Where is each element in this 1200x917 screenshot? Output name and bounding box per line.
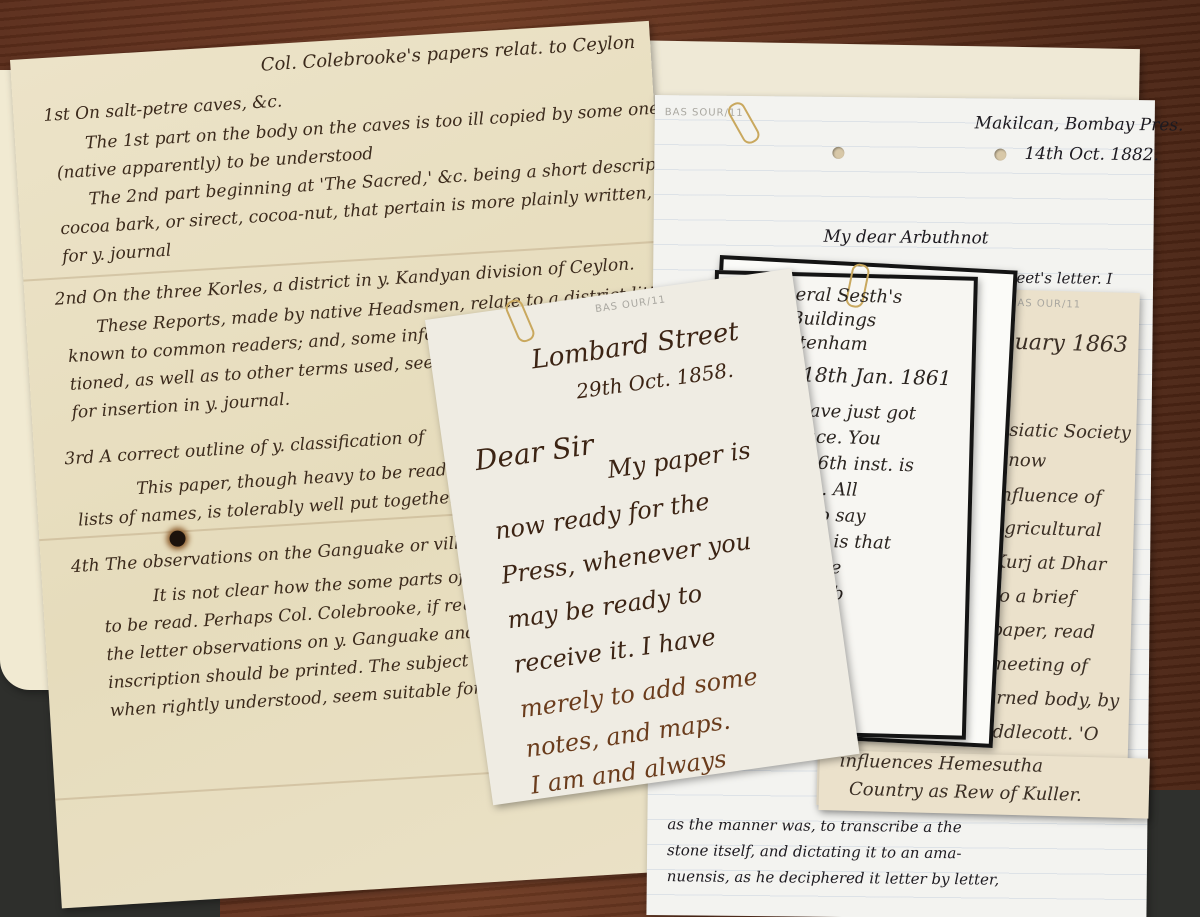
letter-line: Country as Rew of Kuller. <box>849 779 1082 806</box>
letter-line: Asiatic Society <box>996 419 1131 444</box>
letter-line: My paper is <box>606 436 753 484</box>
letter-place: Makilcan, Bombay Pres. <box>975 113 1184 135</box>
lombard-street-letter: BAS OUR/11 Lombard Street 29th Oct. 1858… <box>425 269 860 806</box>
manuscript-line: for y. journal <box>62 241 172 268</box>
letter-salutation: My dear Arbuthnot <box>823 227 988 249</box>
cream-letter-bottom: influences Hemesutha Country as Rew of K… <box>818 750 1149 819</box>
letter-line: may be ready to <box>506 579 704 634</box>
letter-line: to a brief <box>992 585 1076 608</box>
letter-line: meeting of <box>990 653 1088 677</box>
letter-footer-line: nuensis, as he deciphered it letter by l… <box>667 867 1000 888</box>
archive-ref: BAS OUR/11 <box>594 294 666 315</box>
punch-hole <box>832 147 844 159</box>
letter-line: agricultural <box>993 517 1101 541</box>
punch-hole <box>994 149 1006 161</box>
letter-footer-line: as the manner was, to transcribe a the <box>667 815 961 836</box>
archive-ref: BAS OUR/11 <box>1009 298 1081 311</box>
paperclip-icon <box>725 99 762 146</box>
letter-line: influences Hemesutha <box>839 751 1043 777</box>
letter-date: 14th Oct. 1882. <box>1024 144 1159 165</box>
burn-hole <box>169 530 186 547</box>
letter-line: Kurj at Dhar <box>993 551 1107 575</box>
letter-line: receive it. I have <box>512 623 718 679</box>
manuscript-line: 1st On salt-petre caves, &c. <box>43 91 283 126</box>
letter-footer-line: stone itself, and dictating it to an ama… <box>667 841 962 862</box>
letter-line: influence of <box>994 484 1102 508</box>
letter-line: paper, read <box>991 619 1096 643</box>
letter-salutation: Dear Sir <box>473 428 596 477</box>
manuscript-line: for insertion in y. journal. <box>71 390 290 423</box>
paperclip-icon <box>503 297 537 345</box>
manuscript-line: 3rd A correct outline of y. classificati… <box>64 427 425 469</box>
